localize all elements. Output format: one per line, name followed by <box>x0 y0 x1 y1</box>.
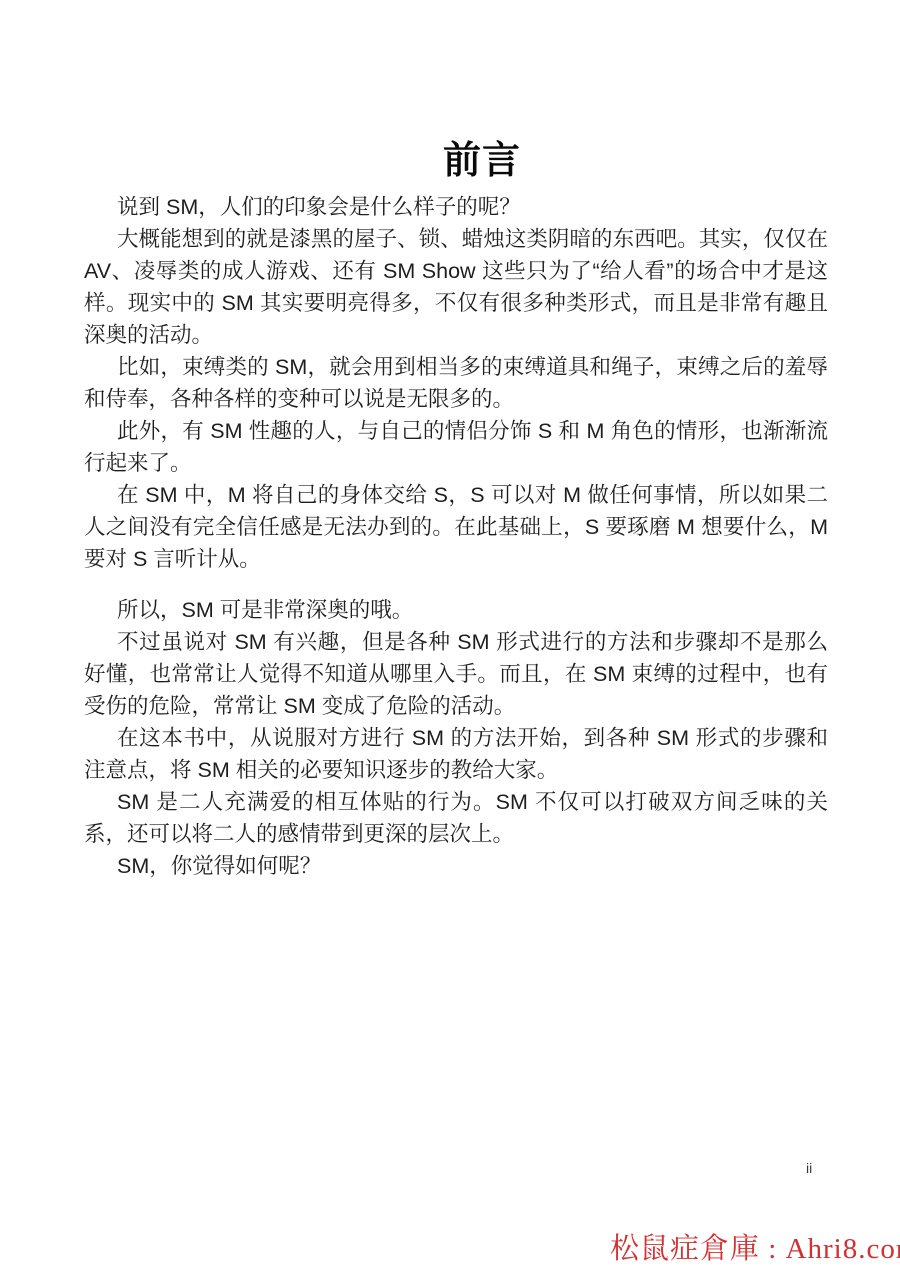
paragraph: 说到 SM，人们的印象会是什么样子的呢？ <box>84 191 828 223</box>
page-number: ii <box>806 1160 812 1176</box>
paragraph: 在这本书中，从说服对方进行 SM 的方法开始，到各种 SM 形式的步骤和注意点，… <box>84 722 828 786</box>
paragraph: 不过虽说对 SM 有兴趣，但是各种 SM 形式进行的方法和步骤却不是那么好懂，也… <box>84 626 828 722</box>
paragraph: 所以，SM 可是非常深奥的哦。 <box>84 594 828 626</box>
document-page: 前言 说到 SM，人们的印象会是什么样子的呢？ 大概能想到的就是漆黑的屋子、锁、… <box>0 0 900 1273</box>
paragraph: SM 是二人充满爱的相互体贴的行为。SM 不仅可以打破双方间乏味的关系，还可以将… <box>84 786 828 850</box>
paragraph: 大概能想到的就是漆黑的屋子、锁、蜡烛这类阴暗的东西吧。其实，仅仅在 AV、凌辱类… <box>84 223 828 351</box>
page-title: 前言 <box>0 139 900 183</box>
watermark: 松鼠症倉庫 : Ahri8.com <box>610 1231 900 1267</box>
paragraph: 在 SM 中，M 将自己的身体交给 S，S 可以对 M 做任何事情，所以如果二人… <box>84 479 828 575</box>
paragraph: SM，你觉得如何呢？ <box>84 850 828 882</box>
paragraph: 比如，束缚类的 SM，就会用到相当多的束缚道具和绳子，束缚之后的羞辱和侍奉，各种… <box>84 351 828 415</box>
paragraph: 此外，有 SM 性趣的人，与自己的情侣分饰 S 和 M 角色的情形，也渐渐流行起… <box>84 415 828 479</box>
body-text: 说到 SM，人们的印象会是什么样子的呢？ 大概能想到的就是漆黑的屋子、锁、蜡烛这… <box>84 191 828 882</box>
